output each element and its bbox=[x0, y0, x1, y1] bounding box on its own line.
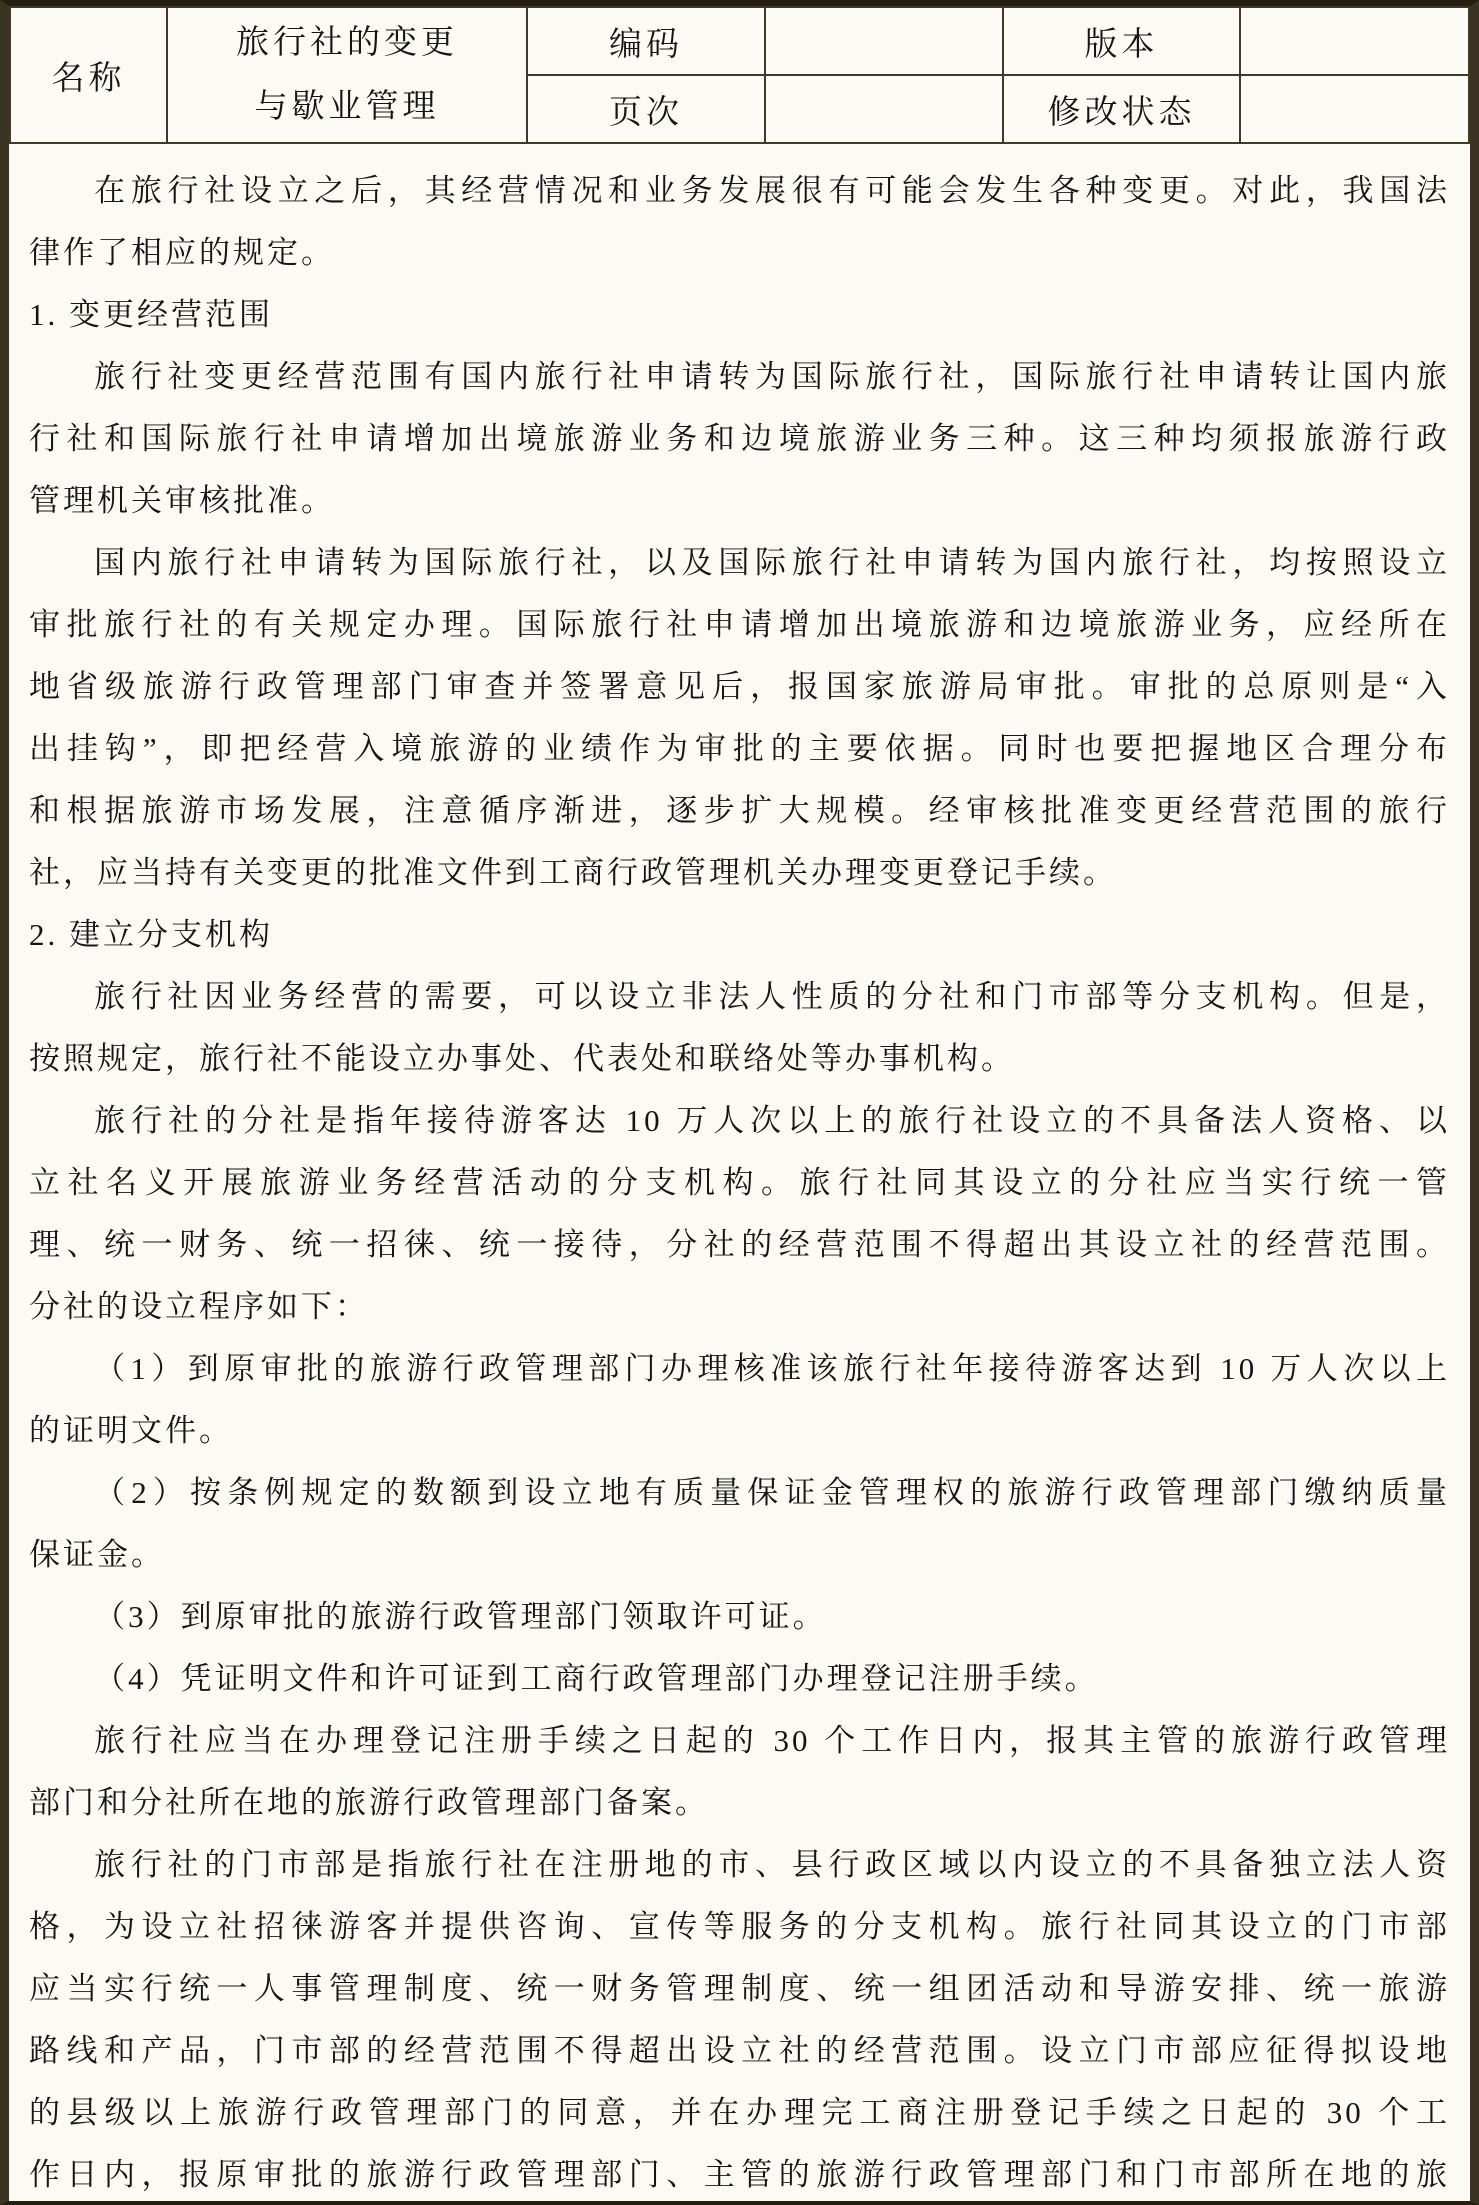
page-label-cell: 页次 bbox=[527, 75, 765, 143]
list-item-3-line: （3）到原审批的旅游行政管理部门领取许可证。 bbox=[29, 1586, 1450, 1648]
text-line: 部门和分社所在地的旅游行政管理部门备案。 bbox=[29, 1772, 1450, 1834]
text-line: 行社和国际旅行社申请增加出境旅游业务和边境旅游业务三种。这三种均须报旅游行政 bbox=[29, 408, 1450, 470]
text-line: 路线和产品，门市部的经营范围不得超出设立社的经营范围。设立门市部应征得拟设地 bbox=[29, 2020, 1450, 2082]
section-heading-1: 1. 变更经营范围 bbox=[29, 284, 1450, 346]
text-line: 旅行社的分社是指年接待游客达 10 万人次以上的旅行社设立的不具备法人资格、以 bbox=[29, 1090, 1450, 1152]
text-line: 旅行社应当在办理登记注册手续之日起的 30 个工作日内，报其主管的旅游行政管理 bbox=[29, 1710, 1450, 1772]
list-item-2-line: 保证金。 bbox=[29, 1524, 1450, 1586]
text-line: 分社的设立程序如下： bbox=[29, 1276, 1450, 1338]
document-title-cell: 旅行社的变更 与歇业管理 bbox=[167, 7, 527, 143]
text-line: 审批旅行社的有关规定办理。国际旅行社申请增加出境旅游和边境旅游业务，应经所在 bbox=[29, 594, 1450, 656]
version-label-cell: 版本 bbox=[1003, 7, 1240, 75]
text-line: 旅行社的门市部是指旅行社在注册地的市、县行政区域以内设立的不具备独立法人资 bbox=[29, 1834, 1450, 1896]
revision-value-cell bbox=[1240, 75, 1469, 143]
text-line: 律作了相应的规定。 bbox=[29, 222, 1450, 284]
code-label-cell: 编码 bbox=[527, 7, 765, 75]
text-line: 按照规定，旅行社不能设立办事处、代表处和联络处等办事机构。 bbox=[29, 1028, 1450, 1090]
text-line: 作日内，报原审批的旅游行政管理部门、主管的旅游行政管理部门和门市部所在地的旅 bbox=[29, 2144, 1450, 2205]
text-line: 旅行社变更经营范围有国内旅行社申请转为国际旅行社，国际旅行社申请转让国内旅 bbox=[29, 346, 1450, 408]
text-line: 在旅行社设立之后，其经营情况和业务发展很有可能会发生各种变更。对此，我国法 bbox=[29, 160, 1450, 222]
text-line: 和根据旅游市场发展，注意循序渐进，逐步扩大规模。经审核批准变更经营范围的旅行 bbox=[29, 780, 1450, 842]
document-title-line2: 与歇业管理 bbox=[168, 75, 526, 139]
document-title-line1: 旅行社的变更 bbox=[168, 11, 526, 75]
code-value-cell bbox=[765, 7, 1003, 75]
page-value-cell bbox=[765, 75, 1003, 143]
text-line: 出挂钩”，即把经营入境旅游的业绩作为审批的主要依据。同时也要把握地区合理分布 bbox=[29, 718, 1450, 780]
revision-label-cell: 修改状态 bbox=[1003, 75, 1240, 143]
text-line: 的县级以上旅游行政管理部门的同意，并在办理完工商注册登记手续之日起的 30 个工 bbox=[29, 2082, 1450, 2144]
text-line: 旅行社因业务经营的需要，可以设立非法人性质的分社和门市部等分支机构。但是， bbox=[29, 966, 1450, 1028]
text-line: 理、统一财务、统一招徕、统一接待，分社的经营范围不得超出其设立社的经营范围。 bbox=[29, 1214, 1450, 1276]
name-label-cell: 名称 bbox=[10, 7, 167, 143]
scanned-document-page: 名称 旅行社的变更 与歇业管理 编码 版本 页次 修改状态 在旅行社设立之后，其… bbox=[0, 0, 1479, 2205]
list-item-2-line: （2）按条例规定的数额到设立地有质量保证金管理权的旅游行政管理部门缴纳质量 bbox=[29, 1462, 1450, 1524]
text-line: 社，应当持有关变更的批准文件到工商行政管理机关办理变更登记手续。 bbox=[29, 842, 1450, 904]
list-item-1-line: 的证明文件。 bbox=[29, 1400, 1450, 1462]
list-item-1-line: （1）到原审批的旅游行政管理部门办理核准该旅行社年接待游客达到 10 万人次以上 bbox=[29, 1338, 1450, 1400]
text-line: 格，为设立社招徕游客并提供咨询、宣传等服务的分支机构。旅行社同其设立的门市部 bbox=[29, 1896, 1450, 1958]
document-header-table: 名称 旅行社的变更 与歇业管理 编码 版本 页次 修改状态 bbox=[9, 6, 1470, 144]
version-value-cell bbox=[1240, 7, 1469, 75]
text-line: 立社名义开展旅游业务经营活动的分支机构。旅行社同其设立的分社应当实行统一管 bbox=[29, 1152, 1450, 1214]
section-heading-2: 2. 建立分支机构 bbox=[29, 904, 1450, 966]
text-line: 应当实行统一人事管理制度、统一财务管理制度、统一组团活动和导游安排、统一旅游 bbox=[29, 1958, 1450, 2020]
text-line: 国内旅行社申请转为国际旅行社，以及国际旅行社申请转为国内旅行社，均按照设立 bbox=[29, 532, 1450, 594]
document-body: 在旅行社设立之后，其经营情况和业务发展很有可能会发生各种变更。对此，我国法 律作… bbox=[9, 144, 1470, 2205]
text-line: 地省级旅游行政管理部门审查并签署意见后，报国家旅游局审批。审批的总原则是“入 bbox=[29, 656, 1450, 718]
text-line: 管理机关审核批准。 bbox=[29, 470, 1450, 532]
list-item-4-line: （4）凭证明文件和许可证到工商行政管理部门办理登记注册手续。 bbox=[29, 1648, 1450, 1710]
